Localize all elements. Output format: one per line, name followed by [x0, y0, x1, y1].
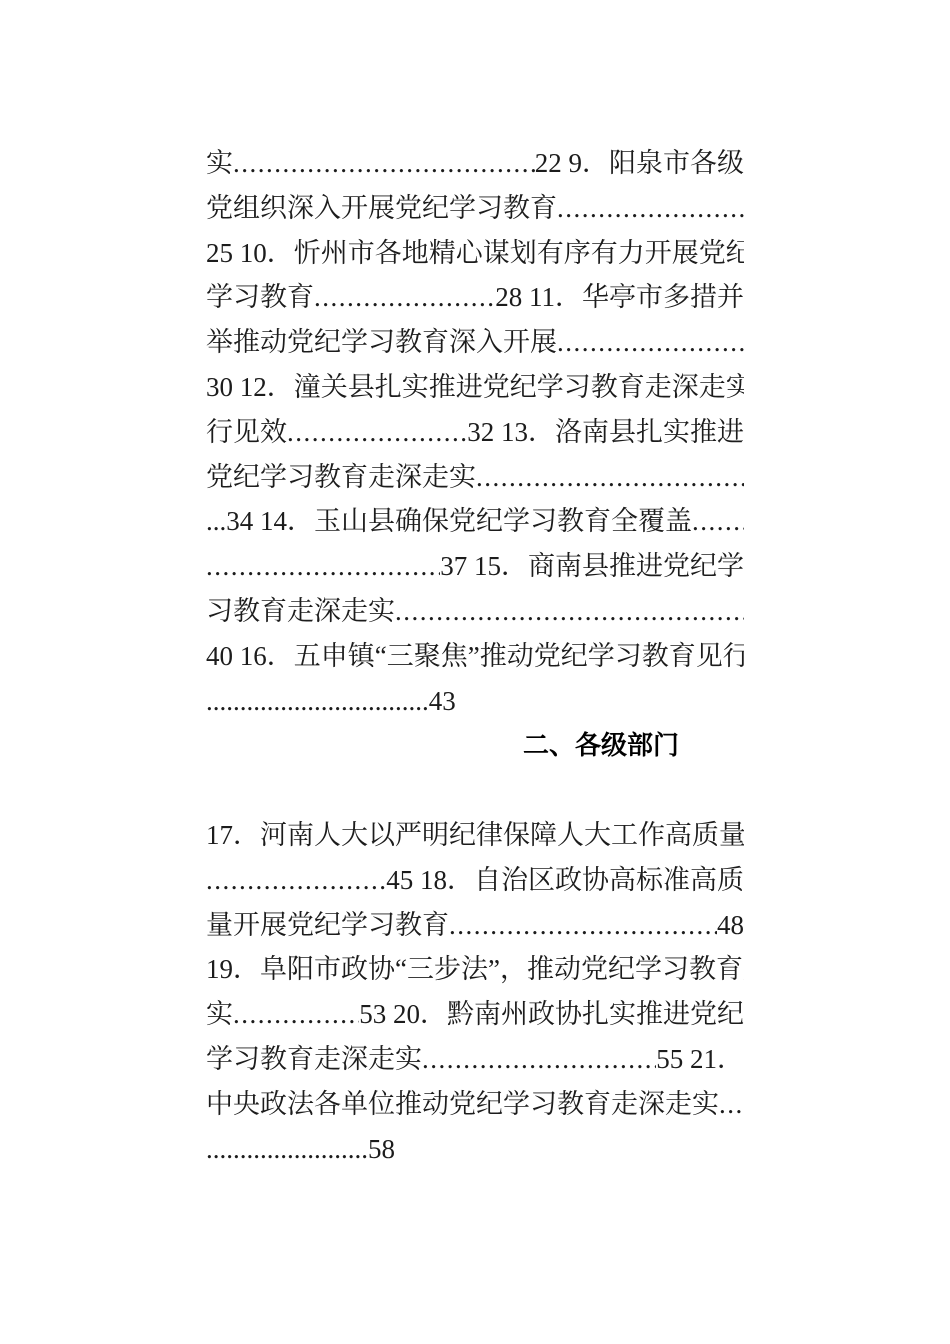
toc-text: 举推动党纪学习教育深入开展 — [206, 320, 557, 365]
toc-text: 行见效 — [206, 410, 287, 455]
toc-text: ........................58 — [206, 1127, 395, 1172]
dot-leader: ........................................… — [233, 141, 535, 186]
toc-text: 32 13．洛南县扎实推进 — [467, 410, 744, 455]
toc-line: 党组织深入开展党纪学习教育...........................… — [206, 186, 744, 231]
toc-text: 28 11．华亭市多措并 — [495, 275, 744, 320]
toc-text: 17．河南人大以严明纪律保障人大工作高质量发展... — [206, 813, 744, 858]
toc-text: 党组织深入开展党纪学习教育 — [206, 186, 557, 231]
toc-text: 学习教育 — [206, 275, 314, 320]
dot-leader: ........................................… — [557, 186, 744, 231]
toc-text: 22 9．阳泉市各级 — [535, 141, 744, 186]
toc-line: 中央政法各单位推动党纪学习教育走深走实.....................… — [206, 1082, 744, 1127]
toc-line: ........................................… — [206, 231, 744, 276]
toc-text: 40 16．五申镇“三聚焦”推动党纪学习教育见行见效 — [206, 634, 744, 679]
document-page: 实.......................................… — [0, 0, 950, 1344]
toc-line: 40 16．五申镇“三聚焦”推动党纪学习教育见行见效..............… — [206, 634, 744, 679]
blank-line — [206, 768, 744, 813]
dot-leader: ........................................… — [395, 589, 744, 634]
toc-text: 量开展党纪学习教育 — [206, 903, 449, 948]
dot-leader: ........................................… — [233, 992, 359, 1037]
toc-line: 党纪学习教育走深走实..............................… — [206, 455, 744, 500]
dot-leader: ........................................… — [422, 1037, 656, 1082]
toc-line: 17．河南人大以严明纪律保障人大工作高质量发展... — [206, 813, 744, 858]
toc-line: 习教育走深走实.................................… — [206, 589, 744, 634]
dot-leader: ........................................… — [476, 455, 744, 500]
toc-text-block: 实.......................................… — [206, 141, 744, 1171]
toc-text: .................................43 — [206, 679, 456, 724]
toc-line: 行见效.....................................… — [206, 410, 744, 455]
toc-line: 学习教育....................................… — [206, 275, 744, 320]
toc-line: ...34 14．玉山县确保党纪学习教育全覆盖.................… — [206, 499, 744, 544]
toc-text: 45 18．自治区政协高标准高质 — [386, 858, 744, 903]
dot-leader: ........................................… — [314, 275, 495, 320]
toc-text: 53 20．黔南州政协扎实推进党纪 — [359, 992, 744, 1037]
toc-line: 量开展党纪学习教育...............................… — [206, 903, 744, 948]
toc-line: ........................58 — [206, 1127, 744, 1172]
toc-text: 实 — [206, 992, 233, 1037]
dot-leader: ........................................… — [692, 499, 744, 544]
toc-text: 19．阜阳市政协“三步法”，推动党纪学习教育走深走 — [206, 947, 744, 992]
dot-leader: ........................................… — [449, 903, 717, 948]
toc-line: ........................................… — [206, 858, 744, 903]
toc-text: 中央政法各单位推动党纪学习教育走深走实 — [206, 1082, 719, 1127]
toc-text: 30 12．潼关县扎实推进党纪学习教育走深走实见 — [206, 365, 744, 410]
toc-text: 48 — [717, 903, 744, 948]
toc-text: 55 21． — [656, 1037, 744, 1082]
dot-leader: ........................................… — [206, 544, 440, 589]
toc-text: 党纪学习教育走深走实 — [206, 455, 476, 500]
toc-line: 19．阜阳市政协“三步法”，推动党纪学习教育走深走 — [206, 947, 744, 992]
dot-leader: ........................................… — [287, 410, 467, 455]
toc-text: ...34 14．玉山县确保党纪学习教育全覆盖 — [206, 499, 692, 544]
dot-leader: ........................................… — [719, 1082, 744, 1127]
toc-text: 习教育走深走实 — [206, 589, 395, 634]
section-heading: 二、各级部门 — [206, 723, 679, 768]
dot-leader: ........................................… — [557, 320, 744, 365]
toc-line: ........................................… — [206, 365, 744, 410]
toc-line: 举推动党纪学习教育深入开展...........................… — [206, 320, 744, 365]
toc-line: .................................43 — [206, 679, 744, 724]
toc-line: 实.......................................… — [206, 992, 744, 1037]
toc-text: 实 — [206, 141, 233, 186]
toc-text: 学习教育走深走实 — [206, 1037, 422, 1082]
dot-leader: ........................................… — [206, 858, 386, 903]
toc-line: 学习教育走深走实................................… — [206, 1037, 744, 1082]
toc-line: 实.......................................… — [206, 141, 744, 186]
toc-text: 37 15．商南县推进党纪学 — [440, 544, 744, 589]
toc-line: ........................................… — [206, 544, 744, 589]
toc-text: 25 10．忻州市各地精心谋划有序有力开展党纪 — [206, 231, 744, 276]
section-heading-line: 二、各级部门 — [206, 723, 744, 768]
